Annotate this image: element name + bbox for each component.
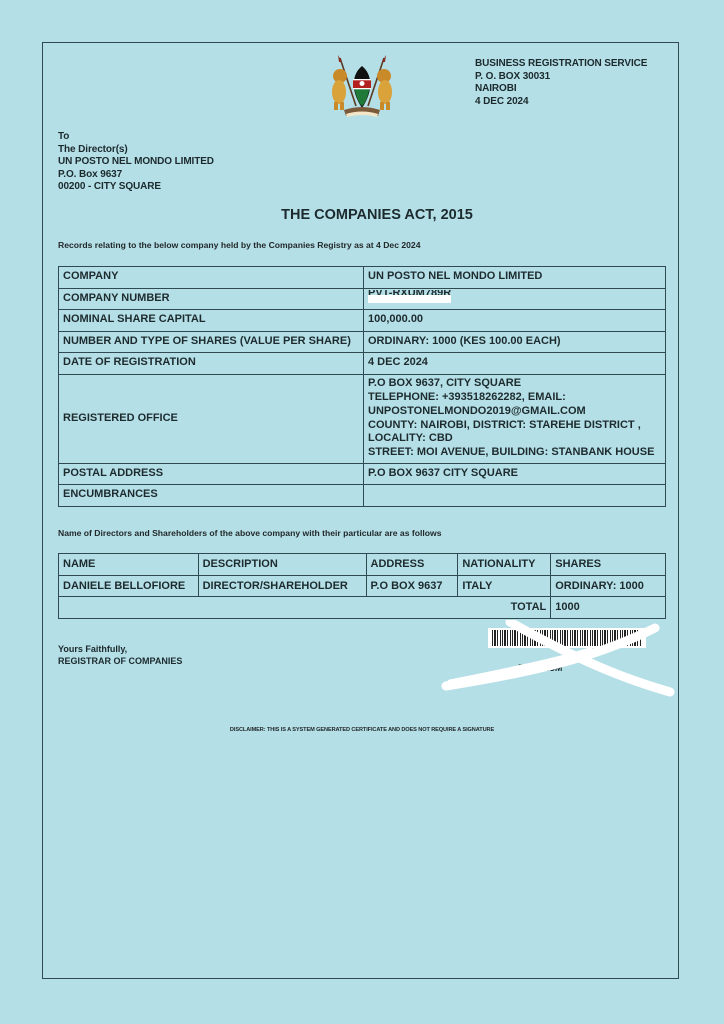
row-label: REGISTERED OFFICE — [59, 374, 364, 463]
director-shares: ORDINARY: 1000 — [551, 575, 666, 597]
column-header: NATIONALITY — [458, 554, 551, 576]
disclaimer-label: DISCLAIMER: — [230, 727, 266, 733]
records-date: 4 Dec 2024 — [376, 240, 420, 250]
sender-address: BUSINESS REGISTRATION SERVICE P. O. BOX … — [475, 58, 647, 108]
company-details-table: COMPANY UN POSTO NEL MONDO LIMITED COMPA… — [58, 266, 666, 507]
registration-date-value: 4 DEC 2024 — [364, 353, 666, 375]
row-label: POSTAL ADDRESS — [59, 463, 364, 485]
recipient-line: To — [58, 131, 214, 144]
directors-table: NAME DESCRIPTION ADDRESS NATIONALITY SHA… — [58, 553, 666, 619]
row-label: NUMBER AND TYPE OF SHARES (VALUE PER SHA… — [59, 331, 364, 353]
recipient-address: To The Director(s) UN POSTO NEL MONDO LI… — [58, 131, 214, 194]
signoff-line: Yours Faithfully, — [58, 643, 182, 655]
column-header: SHARES — [551, 554, 666, 576]
disclaimer-text: THIS IS A SYSTEM GENERATED CERTIFICATE A… — [266, 727, 495, 733]
office-line: STREET: MOI AVENUE, BUILDING: STANBANK H… — [368, 446, 661, 460]
sender-line: P. O. BOX 30031 — [475, 71, 647, 84]
records-intro: Records relating to the below company he… — [58, 240, 420, 250]
director-name: DANIELE BELLOFIORE — [59, 575, 199, 597]
company-number-value: PVT-RXUM789R — [368, 290, 451, 303]
sender-line: BUSINESS REGISTRATION SERVICE — [475, 58, 647, 71]
records-intro-text: Records relating to the below company he… — [58, 240, 376, 250]
document-title: THE COMPANIES ACT, 2015 — [0, 207, 724, 223]
encumbrances-value — [364, 485, 666, 507]
barcode-block: PVT-RXUM — [440, 620, 680, 700]
row-label: NOMINAL SHARE CAPITAL — [59, 310, 364, 332]
director-description: DIRECTOR/SHAREHOLDER — [198, 575, 366, 597]
table-row: POSTAL ADDRESS P.O BOX 9637 CITY SQUARE — [59, 463, 666, 485]
directors-intro: Name of Directors and Shareholders of th… — [58, 528, 441, 538]
office-line: P.O BOX 9637, CITY SQUARE — [368, 377, 661, 391]
table-row: COMPANY UN POSTO NEL MONDO LIMITED — [59, 267, 666, 289]
total-label: TOTAL — [59, 597, 551, 619]
office-line: UNPOSTONELMONDO2019@GMAIL.COM — [368, 405, 661, 419]
office-line: TELEPHONE: +393518262282, EMAIL: — [368, 391, 661, 405]
company-number-cell: PVT-RXUM789R — [364, 288, 666, 310]
column-header: DESCRIPTION — [198, 554, 366, 576]
postal-address-value: P.O BOX 9637 CITY SQUARE — [364, 463, 666, 485]
total-row: TOTAL 1000 — [59, 597, 666, 619]
table-row: NUMBER AND TYPE OF SHARES (VALUE PER SHA… — [59, 331, 666, 353]
row-label: ENCUMBRANCES — [59, 485, 364, 507]
table-row: COMPANY NUMBER PVT-RXUM789R — [59, 288, 666, 310]
recipient-line: The Director(s) — [58, 144, 214, 157]
signoff: Yours Faithfully, REGISTRAR OF COMPANIES — [58, 643, 182, 667]
office-line: LOCALITY: CBD — [368, 432, 661, 446]
disclaimer: DISCLAIMER: THIS IS A SYSTEM GENERATED C… — [0, 727, 724, 733]
office-line: COUNTY: NAIROBI, DISTRICT: STAREHE DISTR… — [368, 419, 661, 433]
table-header-row: NAME DESCRIPTION ADDRESS NATIONALITY SHA… — [59, 554, 666, 576]
row-label: DATE OF REGISTRATION — [59, 353, 364, 375]
shares-type-value: ORDINARY: 1000 (KES 100.00 EACH) — [364, 331, 666, 353]
issue-date: 4 DEC 2024 — [475, 96, 647, 109]
recipient-line: 00200 - CITY SQUARE — [58, 181, 214, 194]
sender-line: NAIROBI — [475, 83, 647, 96]
table-row: DATE OF REGISTRATION 4 DEC 2024 — [59, 353, 666, 375]
recipient-line: UN POSTO NEL MONDO LIMITED — [58, 156, 214, 169]
redaction-bar — [368, 295, 451, 303]
row-label: COMPANY — [59, 267, 364, 289]
column-header: NAME — [59, 554, 199, 576]
table-row: ENCUMBRANCES — [59, 485, 666, 507]
total-value: 1000 — [551, 597, 666, 619]
row-label: COMPANY NUMBER — [59, 288, 364, 310]
registered-office-value: P.O BOX 9637, CITY SQUARE TELEPHONE: +39… — [364, 374, 666, 463]
signoff-title: REGISTRAR OF COMPANIES — [58, 655, 182, 667]
table-row: NOMINAL SHARE CAPITAL 100,000.00 — [59, 310, 666, 332]
column-header: ADDRESS — [366, 554, 458, 576]
table-row: REGISTERED OFFICE P.O BOX 9637, CITY SQU… — [59, 374, 666, 463]
kenya-coat-of-arms-icon — [326, 54, 398, 120]
director-address: P.O BOX 9637 — [366, 575, 458, 597]
company-name-value: UN POSTO NEL MONDO LIMITED — [364, 267, 666, 289]
redaction-scribble — [440, 620, 680, 700]
recipient-line: P.O. Box 9637 — [58, 169, 214, 182]
table-row: DANIELE BELLOFIORE DIRECTOR/SHAREHOLDER … — [59, 575, 666, 597]
share-capital-value: 100,000.00 — [364, 310, 666, 332]
director-nationality: ITALY — [458, 575, 551, 597]
